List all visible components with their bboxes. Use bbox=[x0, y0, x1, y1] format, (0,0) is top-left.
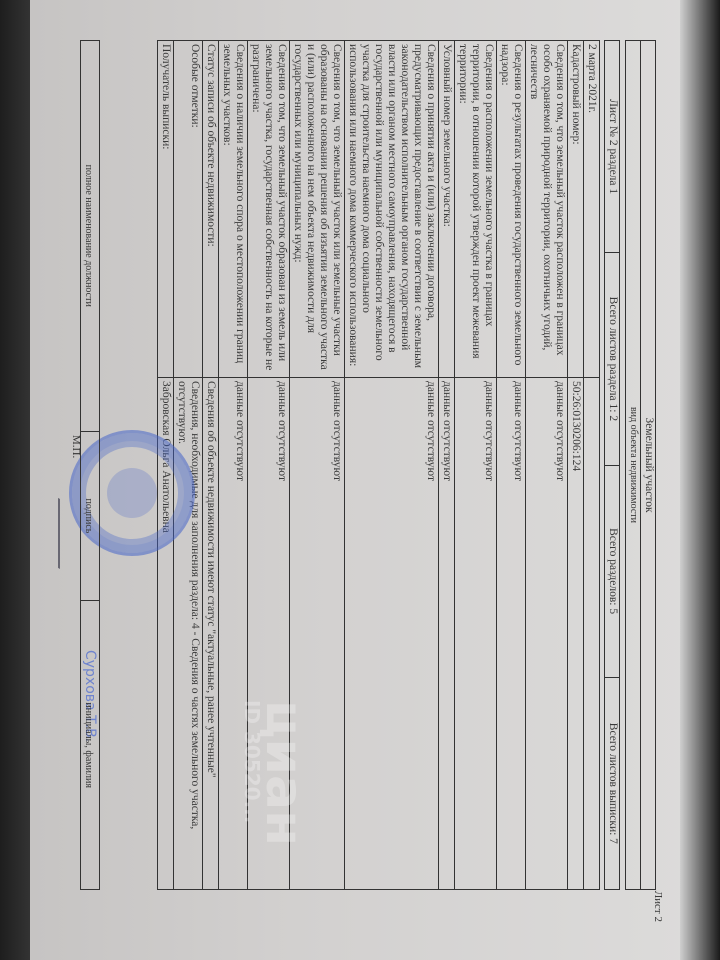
row-label: Сведения о наличии земельного спора о ме… bbox=[219, 41, 248, 378]
table-row: Сведения о результатах проведения госуда… bbox=[497, 41, 526, 890]
subheader-table: Лист № 2 раздела 1 Всего листов раздела … bbox=[604, 40, 620, 890]
watermark-brand: циан bbox=[258, 700, 310, 930]
row-label: Особые отметки: bbox=[174, 41, 203, 378]
row-label: Сведения о результатах проведения госуда… bbox=[497, 41, 526, 378]
row-value: данные отсутствуют bbox=[526, 378, 568, 890]
background-right bbox=[680, 0, 720, 960]
sheet-section: Лист № 2 раздела 1 bbox=[605, 41, 620, 253]
date: 2 марта 2021г. bbox=[584, 41, 600, 378]
row-value: данные отсутствуют bbox=[497, 378, 526, 890]
main-table: 2 марта 2021г. Кадастровый номер: 50:26:… bbox=[157, 40, 600, 890]
table-row: Условный номер земельного участка: данны… bbox=[439, 41, 455, 890]
header-table: Земельный участок вид объекта недвижимос… bbox=[625, 40, 656, 890]
document-page: Лист 2 Земельный участок вид объекта нед… bbox=[50, 40, 670, 950]
table-row: Сведения о том, что земельный участок ра… bbox=[526, 41, 568, 890]
object-type: Земельный участок bbox=[641, 41, 656, 890]
name-caption: инициалы, фамилия bbox=[81, 601, 100, 890]
object-type-caption: вид объекта недвижимости bbox=[626, 41, 641, 890]
row-label: Условный номер земельного участка: bbox=[439, 41, 455, 378]
cadastral-number: 50:26:0130206:124 bbox=[568, 378, 584, 890]
row-label: Сведения о том, что земельный участок ра… bbox=[526, 41, 568, 378]
row-label: Сведения о принятии акта и (или) заключе… bbox=[345, 41, 439, 378]
row-value: данные отсутствуют bbox=[455, 378, 497, 890]
signature-table: полное наименование должности подпись ин… bbox=[80, 40, 100, 890]
table-row: Сведения о расположении земельного участ… bbox=[455, 41, 497, 890]
position-caption: полное наименование должности bbox=[81, 41, 100, 432]
table-row: Статус записи об объекте недвижимости: С… bbox=[203, 41, 219, 890]
watermark-id: ID 30520... bbox=[245, 700, 258, 930]
stamp-label: М.П. bbox=[69, 435, 82, 458]
table-row: Сведения о принятии акта и (или) заключе… bbox=[345, 41, 439, 890]
row-label: Сведения о том, что земельный участок об… bbox=[248, 41, 290, 378]
watermark: циан ID 30520... bbox=[245, 700, 310, 930]
row-value: Сведения об объекте недвижимости имеют с… bbox=[203, 378, 219, 890]
sheet-label: Лист 2 bbox=[651, 891, 664, 922]
eagle-emblem-icon bbox=[107, 468, 157, 518]
row-value: данные отсутствуют bbox=[439, 378, 455, 890]
row-label: Статус записи об объекте недвижимости: bbox=[203, 41, 219, 378]
cadastral-label: Кадастровый номер: bbox=[568, 41, 584, 378]
total-sheets-extract: Всего листов выписки: 7 bbox=[605, 677, 620, 889]
row-label: Сведения о том, что земельный участок ил… bbox=[290, 41, 345, 378]
total-sections: Всего разделов: 5 bbox=[605, 465, 620, 677]
total-sheets-section: Всего листов раздела 1: 2 bbox=[605, 253, 620, 465]
signature-caption: подпись bbox=[81, 431, 100, 601]
row-label: Сведения о расположении земельного участ… bbox=[455, 41, 497, 378]
row-value: данные отсутствуют bbox=[345, 378, 439, 890]
row-label: Получатель выписки: bbox=[158, 41, 174, 378]
